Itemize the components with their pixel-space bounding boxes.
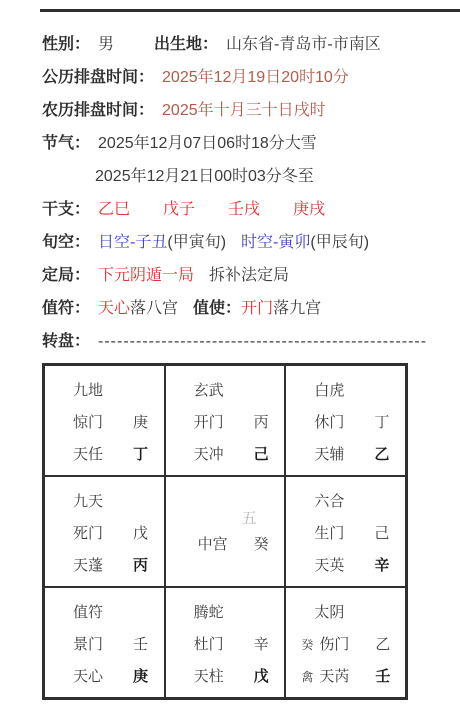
solar-term-row-1: 节气：2025年12月07日06时18分大雪 <box>42 127 427 160</box>
chart-info-panel: 性别：男出生地：山东省-青岛市-市南区 公历排盘时间：2025年12月19日20… <box>42 28 427 358</box>
gender-value: 男 <box>98 36 114 53</box>
god-line: 六合 <box>286 486 405 518</box>
gate-line: 死门戊 <box>45 518 164 550</box>
solar-term-row-2: 2025年12月21日00时03分冬至 <box>42 160 427 193</box>
gate-stem: 庚 <box>133 414 148 431</box>
solar-time-label: 公历排盘时间： <box>42 69 154 86</box>
palace-cell-top-left: 九地 惊门庚 天任丁 <box>44 365 165 476</box>
star-stem: 乙 <box>374 446 389 463</box>
star-stem: 丙 <box>133 557 148 574</box>
gate-line: 杜门辛 <box>166 629 285 661</box>
lunar-time-label: 农历排盘时间： <box>42 102 154 119</box>
center-palace-stem: 癸 <box>254 536 269 553</box>
dingju-value: 下元阴遁一局 <box>98 267 194 284</box>
star-line: 天英辛 <box>286 550 405 582</box>
zhuanpan-row: 转盘：-------------------------------------… <box>42 325 427 358</box>
birthplace-value: 山东省-青岛市-市南区 <box>226 36 381 53</box>
god-line: 腾蛇 <box>166 597 285 629</box>
god-line: 九地 <box>45 375 164 407</box>
gate-name: 开门 <box>194 414 224 431</box>
star-stem: 壬 <box>375 668 390 685</box>
zhishi-palace: 落九宫 <box>273 300 321 317</box>
star-line: 天心庚 <box>45 661 164 693</box>
palace-cell-top-middle: 玄武 开门丙 天冲己 <box>165 365 286 476</box>
ganzhi-year: 乙巳 <box>98 201 130 218</box>
gate-stem: 辛 <box>254 636 269 653</box>
xunkong-day-value: 日空-子丑 <box>98 234 167 251</box>
gate-line: 癸伤门乙 <box>286 629 405 661</box>
top-divider <box>40 9 460 12</box>
palace-cell-bottom-right: 太阴 癸伤门乙 禽天芮壬 <box>285 587 406 698</box>
star-line: 天柱戊 <box>166 661 285 693</box>
star-stem: 己 <box>254 446 269 463</box>
ganzhi-label: 干支： <box>42 201 90 218</box>
star-name: 天冲 <box>194 446 224 463</box>
palace-cell-bottom-middle: 腾蛇 杜门辛 天柱戊 <box>165 587 286 698</box>
star-stem: 戊 <box>254 668 269 685</box>
palace-grid: 九地 惊门庚 天任丁 玄武 开门丙 天冲己 白虎 休门丁 天辅乙 九天 死门戊 … <box>42 363 408 700</box>
dingju-method: 拆补法定局 <box>209 267 289 284</box>
xunkong-day-xun: (甲寅旬) <box>167 234 226 251</box>
star-name: 天英 <box>314 557 344 574</box>
lunar-time-value: 2025年十月三十日戌时 <box>162 102 326 119</box>
star-name: 天芮 <box>319 668 349 685</box>
star-stem: 庚 <box>133 668 148 685</box>
god-name: 玄武 <box>194 382 224 399</box>
solar-term-value-2: 2025年12月21日00时03分冬至 <box>95 168 314 185</box>
birthplace-label: 出生地： <box>154 36 218 53</box>
palace-cell-top-right: 白虎 休门丁 天辅乙 <box>285 365 406 476</box>
gate-line: 景门壬 <box>45 629 164 661</box>
god-name: 九地 <box>73 382 103 399</box>
god-name: 太阴 <box>314 604 344 621</box>
xunkong-label: 旬空： <box>42 234 90 251</box>
star-prefix-stem: 禽 <box>301 670 313 684</box>
star-name: 天辅 <box>314 446 344 463</box>
ganzhi-day: 壬戌 <box>228 201 260 218</box>
gate-name: 景门 <box>73 636 103 653</box>
gate-line: 惊门庚 <box>45 407 164 439</box>
gender-label: 性别： <box>42 36 90 53</box>
god-name: 腾蛇 <box>194 604 224 621</box>
center-palace-name: 中宫 <box>198 536 228 553</box>
god-name: 值符 <box>73 604 103 621</box>
gate-line: 生门己 <box>286 518 405 550</box>
ganzhi-row: 干支：乙巳戊子壬戌庚戌 <box>42 193 427 226</box>
god-name: 六合 <box>314 493 344 510</box>
gate-stem: 戊 <box>133 525 148 542</box>
star-line: 天辅乙 <box>286 439 405 471</box>
god-line: 白虎 <box>286 375 405 407</box>
zhifu-palace: 落八宫 <box>130 300 178 317</box>
gate-name: 生门 <box>314 525 344 542</box>
gate-name: 死门 <box>73 525 103 542</box>
palace-cell-center: 五 中宫癸 <box>165 476 286 587</box>
center-palace-line: 中宫癸 <box>198 529 269 561</box>
zhifu-label: 值符： <box>42 300 90 317</box>
god-line: 九天 <box>45 486 164 518</box>
gender-birthplace-row: 性别：男出生地：山东省-青岛市-市南区 <box>42 28 427 61</box>
dingju-label: 定局： <box>42 267 90 284</box>
star-line: 天冲己 <box>166 439 285 471</box>
ganzhi-month: 戊子 <box>163 201 195 218</box>
zhuanpan-label: 转盘： <box>42 333 90 350</box>
gate-stem: 己 <box>374 525 389 542</box>
god-line: 值符 <box>45 597 164 629</box>
gate-stem: 丙 <box>254 414 269 431</box>
star-line: 天任丁 <box>45 439 164 471</box>
zhifu-zhishi-row: 值符：天心落八宫值使：开门落九宫 <box>42 292 427 325</box>
gate-name: 伤门 <box>319 636 349 653</box>
god-line: 玄武 <box>166 375 285 407</box>
star-line: 禽天芮壬 <box>286 661 405 693</box>
qimen-chart-page: 性别：男出生地：山东省-青岛市-市南区 公历排盘时间：2025年12月19日20… <box>0 0 460 722</box>
center-palace-number: 五 <box>242 507 257 528</box>
dingju-row: 定局：下元阴遁一局拆补法定局 <box>42 259 427 292</box>
zhishi-label: 值使： <box>193 300 241 317</box>
gate-stem: 乙 <box>375 636 390 653</box>
xunkong-row: 旬空：日空-子丑(甲寅旬)时空-寅卯(甲辰旬) <box>42 226 427 259</box>
god-name: 九天 <box>73 493 103 510</box>
star-name: 天心 <box>73 668 103 685</box>
star-name: 天蓬 <box>73 557 103 574</box>
gate-name: 休门 <box>314 414 344 431</box>
solar-term-label: 节气： <box>42 135 90 152</box>
solar-time-value: 2025年12月19日20时10分 <box>162 69 349 86</box>
gate-stem: 丁 <box>374 414 389 431</box>
solar-time-row: 公历排盘时间：2025年12月19日20时10分 <box>42 61 427 94</box>
star-stem: 丁 <box>133 446 148 463</box>
star-line: 天蓬丙 <box>45 550 164 582</box>
palace-cell-bottom-left: 值符 景门壬 天心庚 <box>44 587 165 698</box>
gate-line: 开门丙 <box>166 407 285 439</box>
palace-cell-middle-left: 九天 死门戊 天蓬丙 <box>44 476 165 587</box>
gate-name: 惊门 <box>73 414 103 431</box>
gate-line: 休门丁 <box>286 407 405 439</box>
xunkong-hour-value: 时空-寅卯 <box>241 234 310 251</box>
lunar-time-row: 农历排盘时间：2025年十月三十日戌时 <box>42 94 427 127</box>
gate-prefix-stem: 癸 <box>301 638 313 652</box>
god-line: 太阴 <box>286 597 405 629</box>
xunkong-hour-xun: (甲辰旬) <box>310 234 369 251</box>
zhishi-gate: 开门 <box>241 300 273 317</box>
gate-stem: 壬 <box>133 636 148 653</box>
zhifu-star: 天心 <box>98 300 130 317</box>
zhuanpan-dashes: ----------------------------------------… <box>98 333 427 350</box>
star-name: 天柱 <box>194 668 224 685</box>
star-name: 天任 <box>73 446 103 463</box>
ganzhi-hour: 庚戌 <box>293 201 325 218</box>
gate-name: 杜门 <box>194 636 224 653</box>
star-stem: 辛 <box>374 557 389 574</box>
god-name: 白虎 <box>314 382 344 399</box>
solar-term-value-1: 2025年12月07日06时18分大雪 <box>98 135 317 152</box>
palace-cell-middle-right: 六合 生门己 天英辛 <box>285 476 406 587</box>
